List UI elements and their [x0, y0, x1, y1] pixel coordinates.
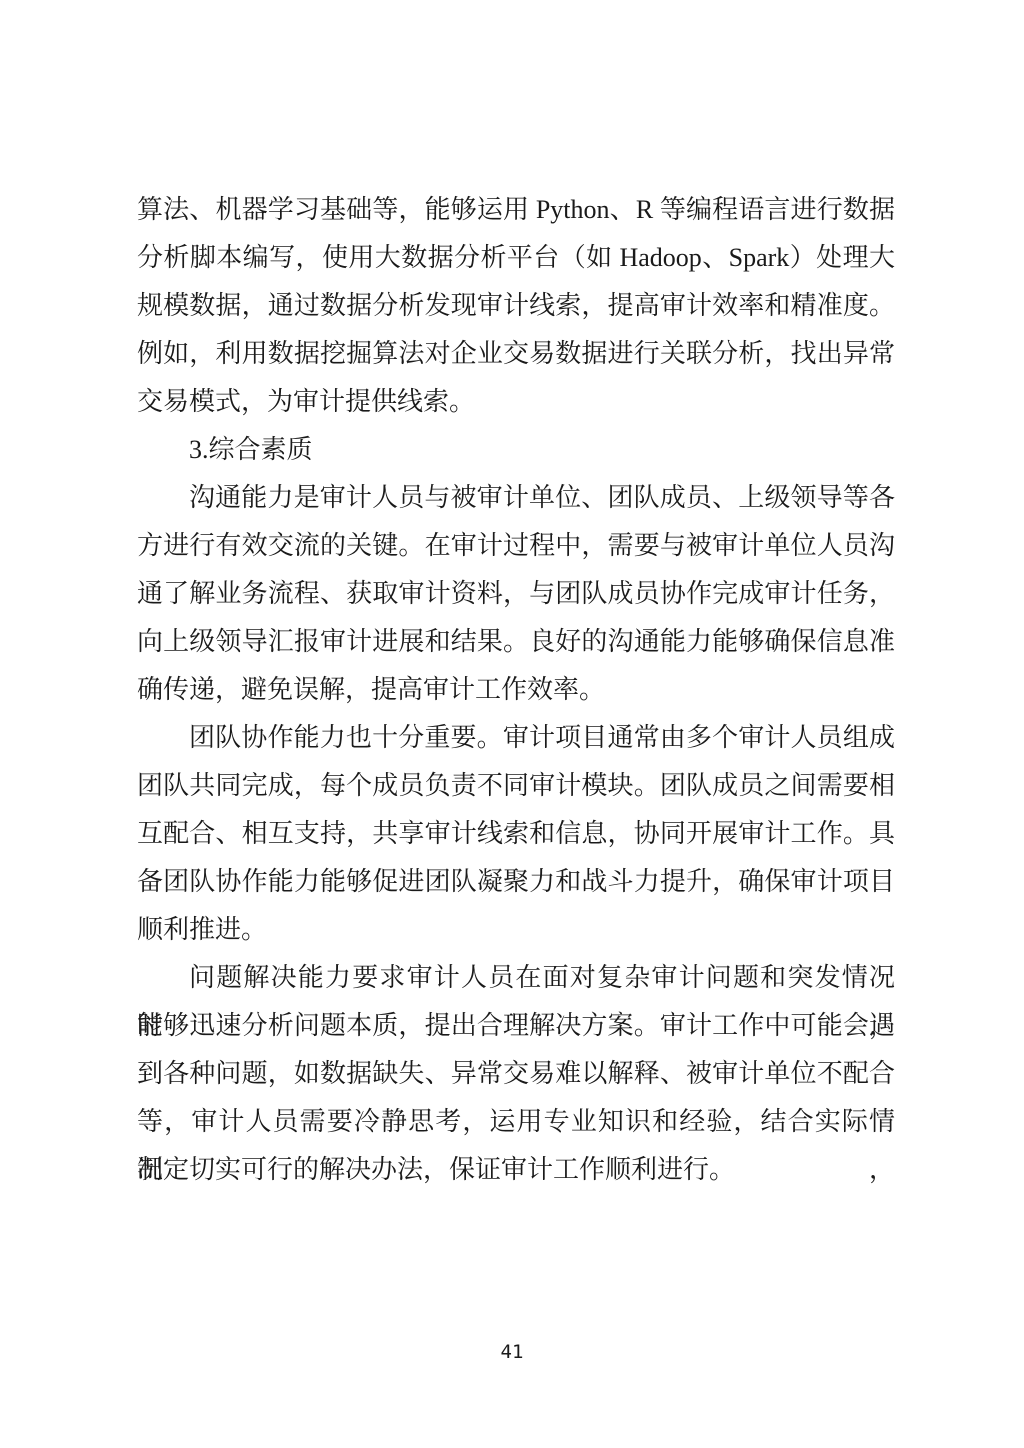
text-line: 规模数据，通过数据分析发现审计线索，提高审计效率和精准度。	[137, 282, 895, 330]
text-line: 沟通能力是审计人员与被审计单位、团队成员、上级领导等各	[137, 474, 895, 522]
text-line: 顺利推进。	[137, 906, 895, 954]
body-text: 算法、机器学习基础等，能够运用 Python、R 等编程语言进行数据 分析脚本编…	[137, 186, 895, 1194]
paragraph-communication: 沟通能力是审计人员与被审计单位、团队成员、上级领导等各 方进行有效交流的关键。在…	[137, 474, 895, 714]
text-line: 到各种问题，如数据缺失、异常交易难以解释、被审计单位不配合	[137, 1050, 895, 1098]
text-line: 例如，利用数据挖掘算法对企业交易数据进行关联分析，找出异常	[137, 330, 895, 378]
text-line: 确传递，避免误解，提高审计工作效率。	[137, 666, 895, 714]
text-line: 等，审计人员需要冷静思考，运用专业知识和经验，结合实际情况，	[137, 1098, 895, 1146]
paragraph-teamwork: 团队协作能力也十分重要。审计项目通常由多个审计人员组成 团队共同完成，每个成员负…	[137, 714, 895, 954]
text-line: 问题解决能力要求审计人员在面对复杂审计问题和突发情况时，	[137, 954, 895, 1002]
text-line: 分析脚本编写，使用大数据分析平台（如 Hadoop、Spark）处理大	[137, 234, 895, 282]
text-line: 通了解业务流程、获取审计资料，与团队成员协作完成审计任务，	[137, 570, 895, 618]
text-line: 团队协作能力也十分重要。审计项目通常由多个审计人员组成	[137, 714, 895, 762]
page-number: 41	[0, 1340, 1024, 1364]
text-line: 向上级领导汇报审计进展和结果。良好的沟通能力能够确保信息准	[137, 618, 895, 666]
text-line: 能够迅速分析问题本质，提出合理解决方案。审计工作中可能会遇	[137, 1002, 895, 1050]
paragraph-problem-solving: 问题解决能力要求审计人员在面对复杂审计问题和突发情况时， 能够迅速分析问题本质，…	[137, 954, 895, 1194]
text-line: 算法、机器学习基础等，能够运用 Python、R 等编程语言进行数据	[137, 186, 895, 234]
heading-comprehensive-quality: 3.综合素质	[137, 426, 895, 474]
text-line: 方进行有效交流的关键。在审计过程中，需要与被审计单位人员沟	[137, 522, 895, 570]
section-heading: 3.综合素质	[137, 426, 895, 474]
text-line: 互配合、相互支持，共享审计线索和信息，协同开展审计工作。具	[137, 810, 895, 858]
text-line: 团队共同完成，每个成员负责不同审计模块。团队成员之间需要相	[137, 762, 895, 810]
paragraph-data-analysis-continuation: 算法、机器学习基础等，能够运用 Python、R 等编程语言进行数据 分析脚本编…	[137, 186, 895, 426]
document-page: 算法、机器学习基础等，能够运用 Python、R 等编程语言进行数据 分析脚本编…	[0, 0, 1024, 1448]
text-line: 备团队协作能力能够促进团队凝聚力和战斗力提升，确保审计项目	[137, 858, 895, 906]
text-line: 交易模式，为审计提供线索。	[137, 378, 895, 426]
